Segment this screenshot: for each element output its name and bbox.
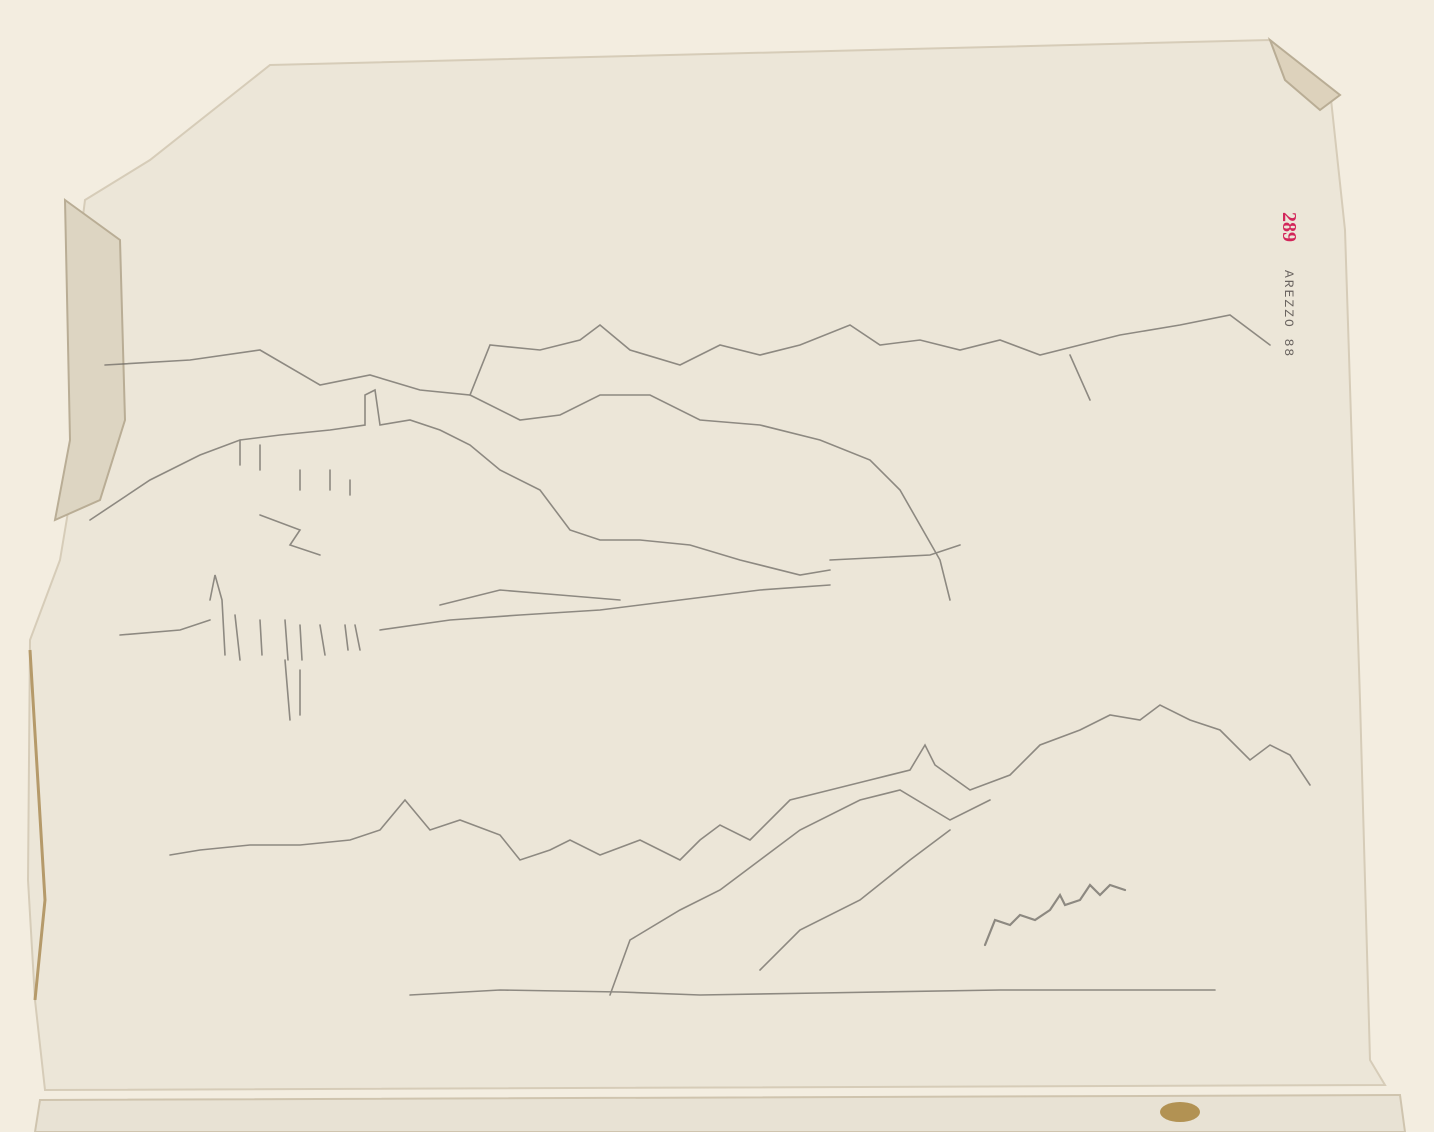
collection-stamp: AREZZO 88 xyxy=(1281,270,1296,358)
stain-spot xyxy=(1160,1102,1200,1122)
sketchbook-page xyxy=(0,0,1434,1132)
sketch-artwork xyxy=(0,0,1434,1132)
red-inventory-number: 289 xyxy=(1277,212,1300,242)
paper-sheet xyxy=(28,40,1385,1090)
